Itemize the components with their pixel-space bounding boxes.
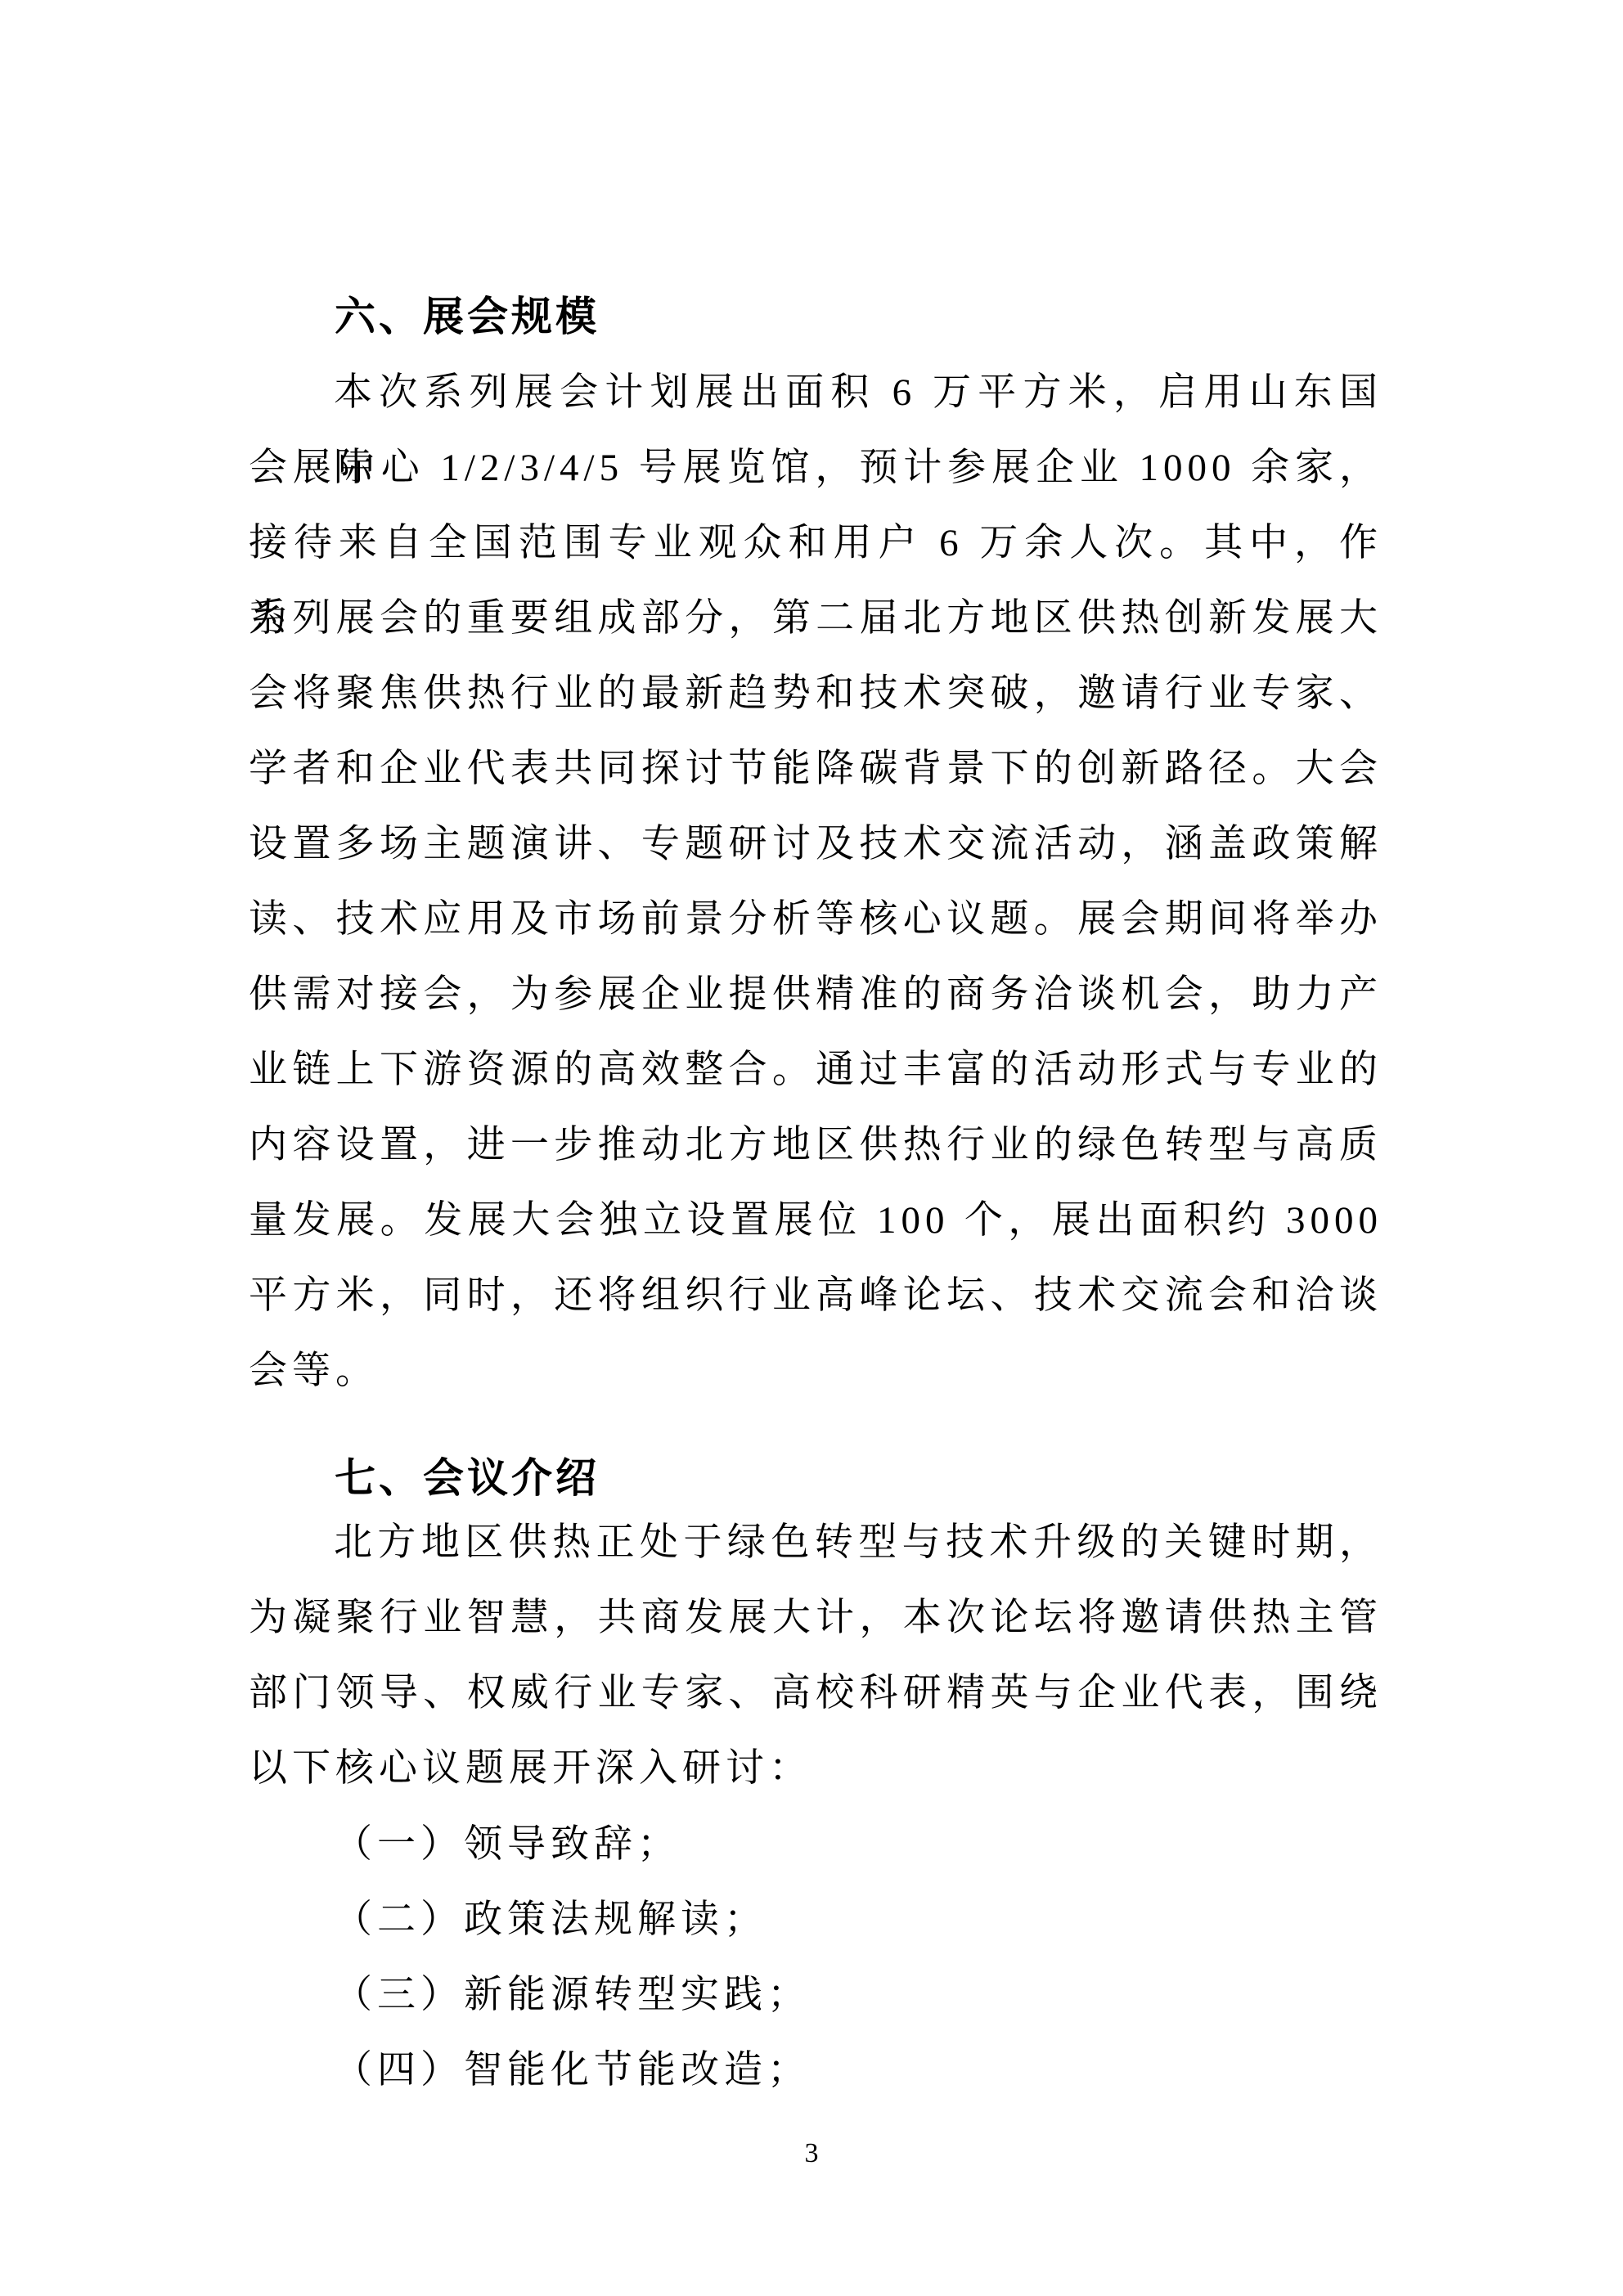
list-item: （二）政策法规解读； — [249, 1882, 1382, 1957]
body-line: 读、技术应用及市场前景分析等核心议题。展会期间将举办 — [249, 882, 1382, 957]
body-line: 会展中心 1/2/3/4/5 号展览馆，预计参展企业 1000 余家， — [249, 430, 1382, 505]
body-line: 平方米，同时，还将组织行业高峰论坛、技术交流会和洽谈 — [249, 1258, 1382, 1333]
section-6-heading: 六、展会规模 — [335, 291, 600, 342]
body-line: 业链上下游资源的高效整合。通过丰富的活动形式与专业的 — [249, 1032, 1382, 1108]
list-item: （四）智能化节能改造； — [249, 2033, 1382, 2108]
page-number: 3 — [0, 2135, 1623, 2172]
body-line: 以下核心议题展开深入研讨： — [249, 1731, 1382, 1806]
body-line: 学者和企业代表共同探讨节能降碳背景下的创新路径。大会 — [249, 731, 1382, 807]
section-6-paragraph: 本次系列展会计划展出面积 6 万平方米，启用山东国际 会展中心 1/2/3/4/… — [249, 355, 1382, 1409]
body-line: 量发展。发展大会独立设置展位 100 个，展出面积约 3000 — [249, 1183, 1382, 1258]
document-page: 六、展会规模 本次系列展会计划展出面积 6 万平方米，启用山东国际 会展中心 1… — [0, 0, 1623, 2296]
section-7-paragraph: 北方地区供热正处于绿色转型与技术升级的关键时期， 为凝聚行业智慧，共商发展大计，… — [249, 1505, 1382, 1806]
topic-list: （一）领导致辞； （二）政策法规解读； （三）新能源转型实践； （四）智能化节能… — [249, 1807, 1382, 2108]
body-line: 内容设置，进一步推动北方地区供热行业的绿色转型与高质 — [249, 1108, 1382, 1183]
list-item: （三）新能源转型实践； — [249, 1957, 1382, 2033]
body-line: 系列展会的重要组成部分，第二届北方地区供热创新发展大 — [249, 581, 1382, 656]
body-line: 为凝聚行业智慧，共商发展大计，本次论坛将邀请供热主管 — [249, 1580, 1382, 1656]
body-line: 北方地区供热正处于绿色转型与技术升级的关键时期， — [249, 1505, 1382, 1580]
section-7-heading: 七、会议介绍 — [335, 1453, 600, 1503]
body-line: 设置多场主题演讲、专题研讨及技术交流活动，涵盖政策解 — [249, 807, 1382, 882]
body-line: 供需对接会，为参展企业提供精准的商务洽谈机会，助力产 — [249, 957, 1382, 1032]
body-line: 会将聚焦供热行业的最新趋势和技术突破，邀请行业专家、 — [249, 656, 1382, 731]
body-line: 接待来自全国范围专业观众和用户 6 万余人次。其中，作为 — [249, 505, 1382, 581]
body-line: 本次系列展会计划展出面积 6 万平方米，启用山东国际 — [249, 355, 1382, 430]
body-line: 会等。 — [249, 1333, 1382, 1409]
body-line: 部门领导、权威行业专家、高校科研精英与企业代表，围绕 — [249, 1656, 1382, 1731]
list-item: （一）领导致辞； — [249, 1807, 1382, 1882]
